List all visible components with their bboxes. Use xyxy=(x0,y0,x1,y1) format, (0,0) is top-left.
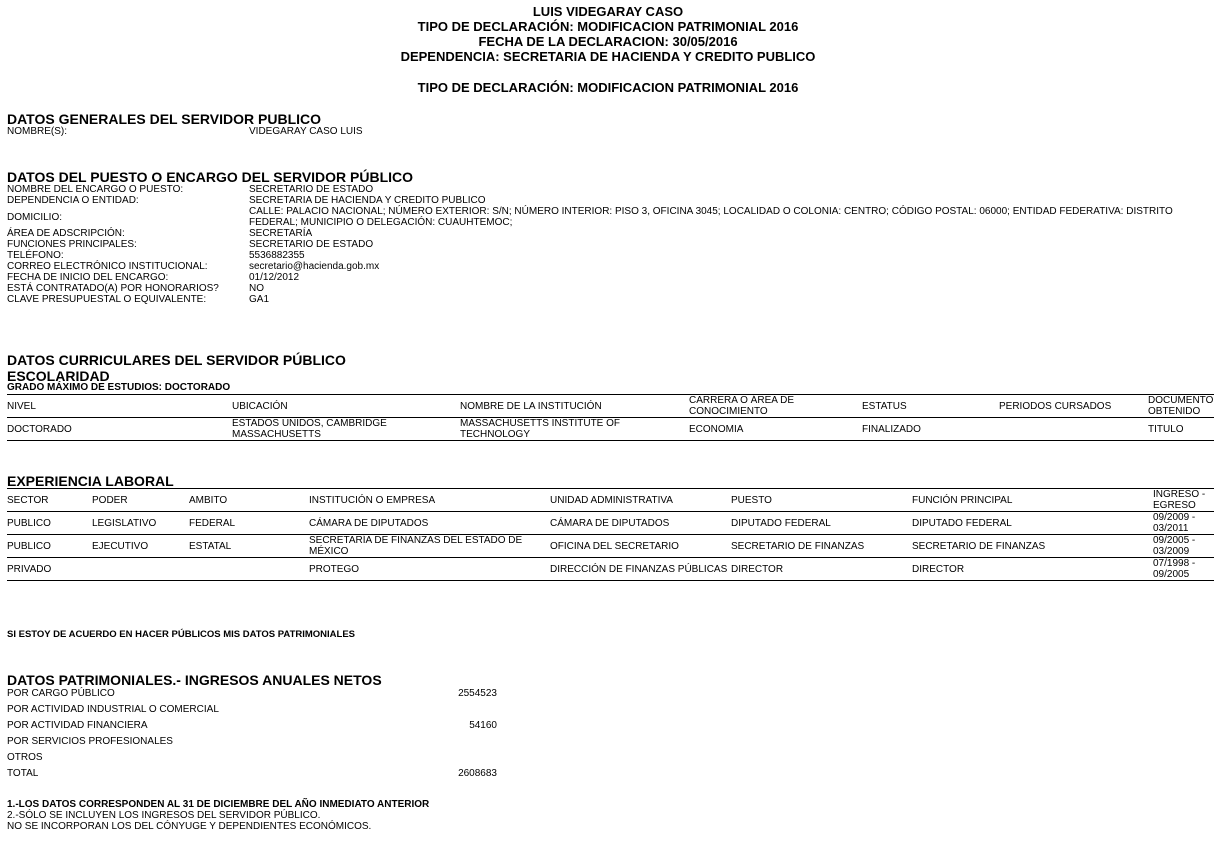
table-cell: TITULO xyxy=(1148,418,1214,441)
field-label: TELÉFONO: xyxy=(7,250,249,261)
table-cell: DOCTORADO xyxy=(7,418,232,441)
income-row-otros: OTROS xyxy=(7,750,497,766)
table-cell: DIRECTOR xyxy=(912,558,1153,581)
table-cell: EJECUTIVO xyxy=(92,535,189,558)
field-label: ESTÁ CONTRATADO(A) POR HONORARIOS? xyxy=(7,283,249,294)
table-cell: DIPUTADO FEDERAL xyxy=(912,512,1153,535)
table-cell: SECRETARIO DE FINANZAS xyxy=(731,535,912,558)
field-nombre-encargo: NOMBRE DEL ENCARGO O PUESTO: SECRETARIO … xyxy=(7,184,1207,195)
income-value: 2608683 xyxy=(458,766,497,782)
income-label: POR ACTIVIDAD FINANCIERA xyxy=(7,718,148,734)
table-header-row: SECTOR PODER AMBITO INSTITUCIÓN O EMPRES… xyxy=(7,489,1214,512)
field-label: CORREO ELECTRÓNICO INSTITUCIONAL: xyxy=(7,261,249,272)
table-row: PRIVADO PROTEGO DIRECCIÓN DE FINANZAS PÚ… xyxy=(7,558,1214,581)
field-value: SECRETARIO DE ESTADO xyxy=(249,184,1207,195)
puesto-fields: NOMBRE DEL ENCARGO O PUESTO: SECRETARIO … xyxy=(7,184,1207,305)
experiencia-table: SECTOR PODER AMBITO INSTITUCIÓN O EMPRES… xyxy=(7,488,1214,581)
table-cell: FINALIZADO xyxy=(862,418,999,441)
field-value: SECRETARÍA xyxy=(249,228,1207,239)
consent-statement: SI ESTOY DE ACUERDO EN HACER PÚBLICOS MI… xyxy=(7,629,355,641)
field-area-adscripcion: ÁREA DE ADSCRIPCIÓN: SECRETARÍA xyxy=(7,228,1207,239)
field-value: 5536882355 xyxy=(249,250,1207,261)
declaration-type: TIPO DE DECLARACIÓN: MODIFICACION PATRIM… xyxy=(0,19,1216,34)
table-cell: CÁMARA DE DIPUTADOS xyxy=(550,512,731,535)
declarant-name: LUIS VIDEGARAY CASO xyxy=(0,4,1216,19)
column-header: FUNCIÓN PRINCIPAL xyxy=(912,489,1153,512)
column-header: UBICACIÓN xyxy=(232,395,460,418)
column-header: INSTITUCIÓN O EMPRESA xyxy=(309,489,550,512)
table-cell: 09/2005 - 03/2009 xyxy=(1153,535,1214,558)
column-header: CARRERA O ÁREA DE CONOCIMIENTO xyxy=(689,395,862,418)
field-funciones: FUNCIONES PRINCIPALES: SECRETARIO DE EST… xyxy=(7,239,1207,250)
table-cell: SECRETARIO DE FINANZAS xyxy=(912,535,1153,558)
column-header: SECTOR xyxy=(7,489,92,512)
income-label: POR SERVICIOS PROFESIONALES xyxy=(7,734,173,750)
section-title-curriculares: DATOS CURRICULARES DEL SERVIDOR PÚBLICO xyxy=(7,352,346,368)
escolaridad-table: NIVEL UBICACIÓN NOMBRE DE LA INSTITUCIÓN… xyxy=(7,394,1214,441)
field-label: NOMBRE DEL ENCARGO O PUESTO: xyxy=(7,184,249,195)
field-label: FUNCIONES PRINCIPALES: xyxy=(7,239,249,250)
income-row-servicios: POR SERVICIOS PROFESIONALES xyxy=(7,734,497,750)
declaration-date: FECHA DE LA DECLARACION: 30/05/2016 xyxy=(0,34,1216,49)
income-label: POR ACTIVIDAD INDUSTRIAL O COMERCIAL xyxy=(7,702,219,718)
income-row-total: TOTAL 2608683 xyxy=(7,766,497,782)
income-label: OTROS xyxy=(7,750,43,766)
table-cell: LEGISLATIVO xyxy=(92,512,189,535)
table-cell xyxy=(999,418,1148,441)
field-value: secretario@hacienda.gob.mx xyxy=(249,261,1207,272)
table-header-row: NIVEL UBICACIÓN NOMBRE DE LA INSTITUCIÓN… xyxy=(7,395,1214,418)
field-value: VIDEGARAY CASO LUIS xyxy=(249,126,1207,137)
column-header: PODER xyxy=(92,489,189,512)
datos-generales-fields: NOMBRE(S): VIDEGARAY CASO LUIS xyxy=(7,126,1207,137)
footnote-3: NO SE INCORPORAN LOS DEL CÓNYUGE Y DEPEN… xyxy=(7,821,429,832)
table-cell: FEDERAL xyxy=(189,512,309,535)
table-cell: SECRETARÍA DE FINANZAS DEL ESTADO DE MÉX… xyxy=(309,535,550,558)
table-cell: PUBLICO xyxy=(7,535,92,558)
field-nombre: NOMBRE(S): VIDEGARAY CASO LUIS xyxy=(7,126,1207,137)
table-cell: MASSACHUSETTS INSTITUTE OF TECHNOLOGY xyxy=(460,418,689,441)
table-cell: ESTADOS UNIDOS, CAMBRIDGE MASSACHUSETTS xyxy=(232,418,460,441)
column-header: PERIODOS CURSADOS xyxy=(999,395,1148,418)
table-cell: DIRECCIÓN DE FINANZAS PÚBLICAS xyxy=(550,558,731,581)
section-title-datos-generales: DATOS GENERALES DEL SERVIDOR PUBLICO xyxy=(7,111,321,127)
column-header: DOCUMENTO OBTENIDO xyxy=(1148,395,1214,418)
table-cell: PUBLICO xyxy=(7,512,92,535)
column-header: UNIDAD ADMINISTRATIVA xyxy=(550,489,731,512)
field-label: DOMICILIO: xyxy=(7,212,249,223)
field-value: CALLE: PALACIO NACIONAL; NÚMERO EXTERIOR… xyxy=(249,206,1207,228)
field-honorarios: ESTÁ CONTRATADO(A) POR HONORARIOS? NO xyxy=(7,283,1207,294)
income-list: POR CARGO PÚBLICO 2554523 POR ACTIVIDAD … xyxy=(7,686,497,782)
income-row-industrial: POR ACTIVIDAD INDUSTRIAL O COMERCIAL xyxy=(7,702,497,718)
field-clave-presupuestal: CLAVE PRESUPUESTAL O EQUIVALENTE: GA1 xyxy=(7,294,1207,305)
table-cell: ECONOMIA xyxy=(689,418,862,441)
grado-maximo: GRADO MÁXIMO DE ESTUDIOS: DOCTORADO xyxy=(7,382,230,394)
field-label: FECHA DE INICIO DEL ENCARGO: xyxy=(7,272,249,283)
table-cell: 07/1998 - 09/2005 xyxy=(1153,558,1214,581)
income-row-financiera: POR ACTIVIDAD FINANCIERA 54160 xyxy=(7,718,497,734)
field-value: SECRETARIO DE ESTADO xyxy=(249,239,1207,250)
table-cell: PRIVADO xyxy=(7,558,92,581)
column-header: NIVEL xyxy=(7,395,232,418)
table-row: PUBLICO EJECUTIVO ESTATAL SECRETARÍA DE … xyxy=(7,535,1214,558)
income-label: TOTAL xyxy=(7,766,38,782)
table-cell: 09/2009 - 03/2011 xyxy=(1153,512,1214,535)
field-domicilio: DOMICILIO: CALLE: PALACIO NACIONAL; NÚME… xyxy=(7,206,1207,228)
table-cell xyxy=(92,558,189,581)
declaration-agency: DEPENDENCIA: SECRETARIA DE HACIENDA Y CR… xyxy=(0,49,1216,64)
income-row-cargo-publico: POR CARGO PÚBLICO 2554523 xyxy=(7,686,497,702)
field-correo: CORREO ELECTRÓNICO INSTITUCIONAL: secret… xyxy=(7,261,1207,272)
table-cell: OFICINA DEL SECRETARIO xyxy=(550,535,731,558)
income-label: POR CARGO PÚBLICO xyxy=(7,686,115,702)
field-label: DEPENDENCIA O ENTIDAD: xyxy=(7,195,249,206)
field-value: SECRETARIA DE HACIENDA Y CREDITO PUBLICO xyxy=(249,195,1207,206)
table-cell: DIRECTOR xyxy=(731,558,912,581)
column-header: NOMBRE DE LA INSTITUCIÓN xyxy=(460,395,689,418)
field-telefono: TELÉFONO: 5536882355 xyxy=(7,250,1207,261)
declaration-type-repeat: TIPO DE DECLARACIÓN: MODIFICACION PATRIM… xyxy=(0,80,1216,95)
section-title-puesto: DATOS DEL PUESTO O ENCARGO DEL SERVIDOR … xyxy=(7,169,413,185)
section-title-experiencia: EXPERIENCIA LABORAL xyxy=(7,473,174,489)
footnotes: 1.-LOS DATOS CORRESPONDEN AL 31 DE DICIE… xyxy=(7,799,429,832)
footnote-1: 1.-LOS DATOS CORRESPONDEN AL 31 DE DICIE… xyxy=(7,799,429,810)
footnote-2: 2.-SÓLO SE INCLUYEN LOS INGRESOS DEL SER… xyxy=(7,810,429,821)
field-value: GA1 xyxy=(249,294,1207,305)
field-label: ÁREA DE ADSCRIPCIÓN: xyxy=(7,228,249,239)
income-value: 2554523 xyxy=(458,686,497,702)
table-row: PUBLICO LEGISLATIVO FEDERAL CÁMARA DE DI… xyxy=(7,512,1214,535)
column-header: AMBITO xyxy=(189,489,309,512)
table-cell: PROTEGO xyxy=(309,558,550,581)
table-cell xyxy=(189,558,309,581)
column-header: PUESTO xyxy=(731,489,912,512)
table-cell: ESTATAL xyxy=(189,535,309,558)
table-row: DOCTORADO ESTADOS UNIDOS, CAMBRIDGE MASS… xyxy=(7,418,1214,441)
field-value: NO xyxy=(249,283,1207,294)
column-header: ESTATUS xyxy=(862,395,999,418)
field-label: CLAVE PRESUPUESTAL O EQUIVALENTE: xyxy=(7,294,249,305)
field-fecha-inicio: FECHA DE INICIO DEL ENCARGO: 01/12/2012 xyxy=(7,272,1207,283)
column-header: INGRESO - EGRESO xyxy=(1153,489,1214,512)
table-cell: CÁMARA DE DIPUTADOS xyxy=(309,512,550,535)
field-label: NOMBRE(S): xyxy=(7,126,249,137)
table-cell: DIPUTADO FEDERAL xyxy=(731,512,912,535)
field-value: 01/12/2012 xyxy=(249,272,1207,283)
field-dependencia: DEPENDENCIA O ENTIDAD: SECRETARIA DE HAC… xyxy=(7,195,1207,206)
income-value: 54160 xyxy=(469,718,497,734)
